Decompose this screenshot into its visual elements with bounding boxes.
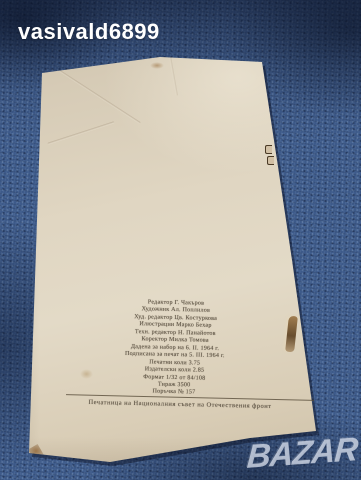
- colophon-text-block: Редактор Г. ЧакъровХудожник Ал. Поплилов…: [67, 298, 283, 400]
- paper-crease: [168, 50, 178, 96]
- spine-staple: [267, 156, 274, 165]
- spine-staple: [265, 145, 272, 154]
- paper-crease: [47, 121, 114, 145]
- seller-username: vasivald6899: [18, 19, 160, 45]
- bazar-watermark: BAZAR: [245, 430, 358, 476]
- paper-crease: [59, 70, 141, 124]
- listing-photo: Редактор Г. ЧакъровХудожник Ал. Поплилов…: [0, 0, 361, 480]
- paper-stain: [150, 62, 164, 69]
